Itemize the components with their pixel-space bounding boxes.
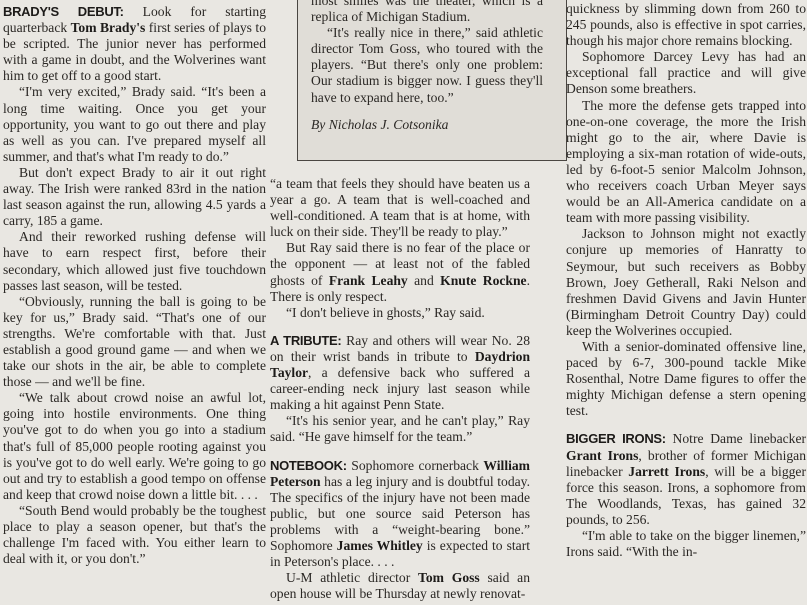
paragraph: The more the defense gets trapped into o… <box>566 98 806 227</box>
paragraph: most smiles was the theater, which is a … <box>311 0 543 25</box>
player-name: Tom Brady's <box>71 20 146 35</box>
paragraph: “It's really nice in there,” said athlet… <box>311 25 543 105</box>
goss-paragraph: U-M athletic director Tom Goss said an o… <box>270 570 530 602</box>
paragraph: “I'm able to take on the bigger linemen,… <box>566 528 806 560</box>
paragraph: quickness by slimming down from 260 to 2… <box>566 1 806 49</box>
section-kicker-bigger-irons: Bigger Irons: <box>566 431 666 446</box>
paragraph: “Obviously, running the ball is going to… <box>3 294 266 391</box>
sidebar-box-text: most smiles was the theater, which is a … <box>311 0 543 133</box>
paragraph: “I'm very excited,” Brady said. “It's be… <box>3 84 266 164</box>
section-kicker-bradys-debut: Brady's Debut: <box>3 4 124 19</box>
article-column-1: Brady's Debut: Look for starting quarter… <box>3 4 266 567</box>
paragraph: “South Bend would probably be the toughe… <box>3 503 266 567</box>
paragraph: Jackson to Johnson might not exactly con… <box>566 226 806 339</box>
ghosts-paragraph: But Ray said there is no fear of the pla… <box>270 240 530 304</box>
paragraph: With a senior-dominated offensive line, … <box>566 339 806 419</box>
article-column-2: “a team that feels they should have beat… <box>270 176 530 602</box>
tribute-paragraph: A Tribute: Ray and others will wear No. … <box>270 333 530 413</box>
paragraph: “I don't believe in ghosts,” Ray said. <box>270 305 530 321</box>
paragraph: Sophomore Darcey Levy has had an excepti… <box>566 49 806 97</box>
paragraph: And their reworked rushing defense will … <box>3 229 266 293</box>
bigger-irons-paragraph: Bigger Irons: Notre Dame linebacker Gran… <box>566 431 806 528</box>
section-kicker-tribute: A Tribute: <box>270 333 341 348</box>
byline: By Nicholas J. Cotsonika <box>311 117 543 133</box>
paragraph: “We talk about crowd noise an awful lot,… <box>3 390 266 503</box>
paragraph: “It's his senior year, and he can't play… <box>270 413 530 445</box>
section-kicker-notebook: Notebook: <box>270 458 347 473</box>
brady-debut-paragraph: Brady's Debut: Look for starting quarter… <box>3 4 266 84</box>
article-column-3: quickness by slimming down from 260 to 2… <box>566 1 806 560</box>
paragraph: “a team that feels they should have beat… <box>270 176 530 240</box>
paragraph: But don't expect Brady to air it out rig… <box>3 165 266 229</box>
notebook-paragraph: Notebook: Sophomore cornerback William P… <box>270 458 530 571</box>
